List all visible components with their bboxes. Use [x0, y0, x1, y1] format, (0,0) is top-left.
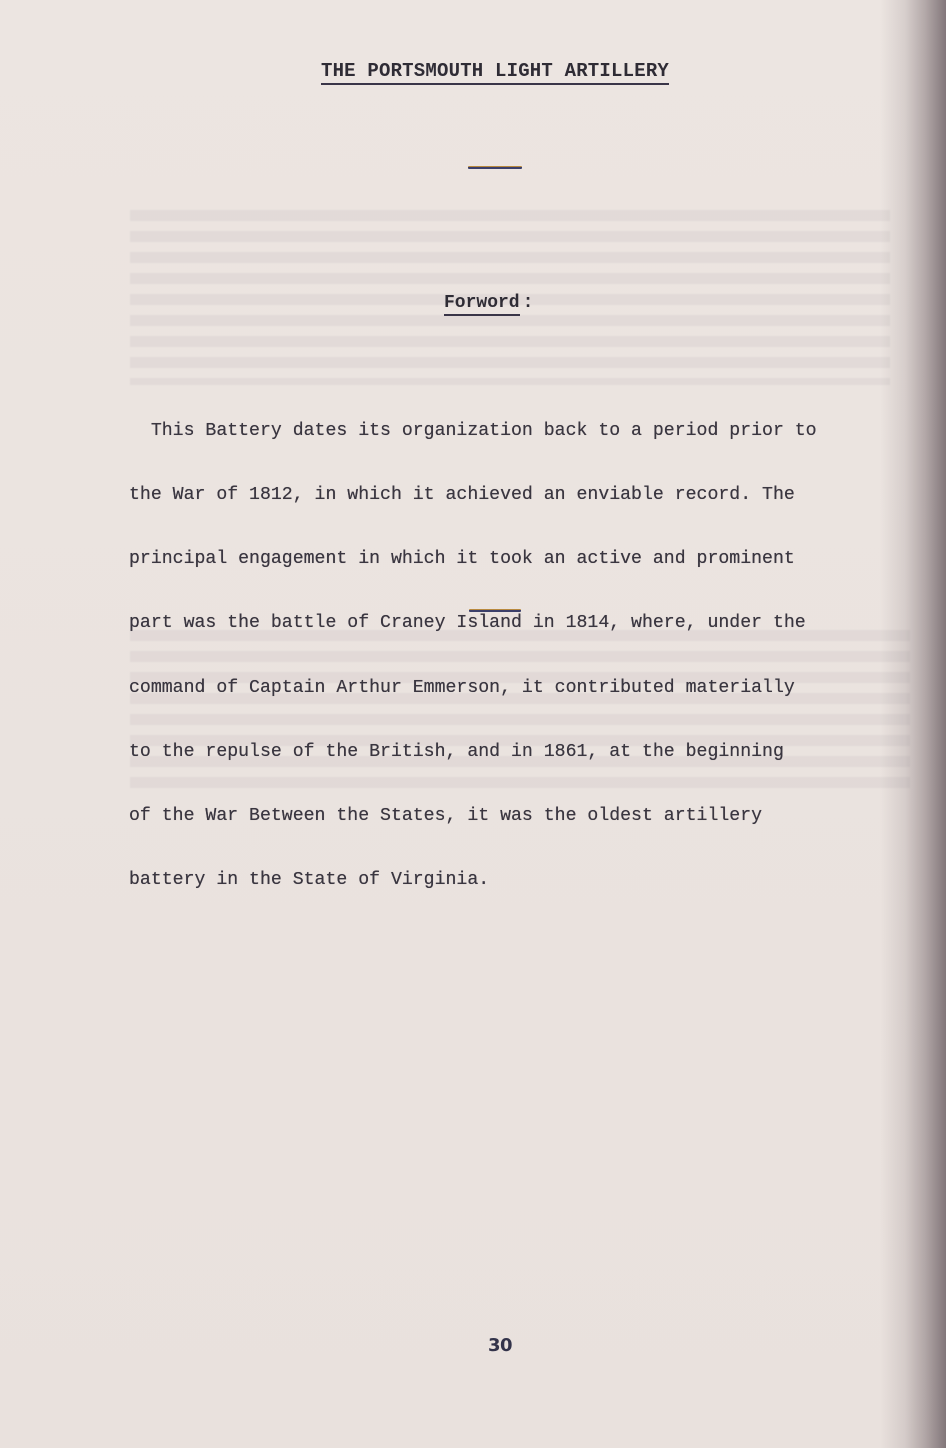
- section-heading: Forword:: [444, 293, 533, 313]
- divider-rule: [468, 166, 522, 169]
- paragraph-line: part was the battle of Craney Island in …: [129, 613, 946, 634]
- paragraph-line: This Battery dates its organization back…: [129, 421, 946, 442]
- section-heading-text: Forword: [444, 293, 520, 316]
- divider-rule: [469, 609, 521, 612]
- section-heading-colon: :: [523, 293, 534, 313]
- document-page: THE PORTSMOUTH LIGHT ARTILLERY Forword: …: [0, 0, 946, 1448]
- paragraph-line: to the repulse of the British, and in 18…: [129, 742, 946, 763]
- page-number: 30: [0, 1335, 946, 1356]
- paragraph-line: battery in the State of Virginia.: [129, 870, 946, 891]
- paragraph-line: the War of 1812, in which it achieved an…: [129, 485, 946, 506]
- paragraph-line: command of Captain Arthur Emmerson, it c…: [129, 678, 946, 699]
- document-title: THE PORTSMOUTH LIGHT ARTILLERY: [0, 60, 946, 82]
- paragraph-line: of the War Between the States, it was th…: [129, 806, 946, 827]
- foreword-paragraph: This Battery dates its organization back…: [129, 378, 946, 935]
- paragraph-line: principal engagement in which it took an…: [129, 549, 946, 570]
- document-title-text: THE PORTSMOUTH LIGHT ARTILLERY: [321, 60, 669, 85]
